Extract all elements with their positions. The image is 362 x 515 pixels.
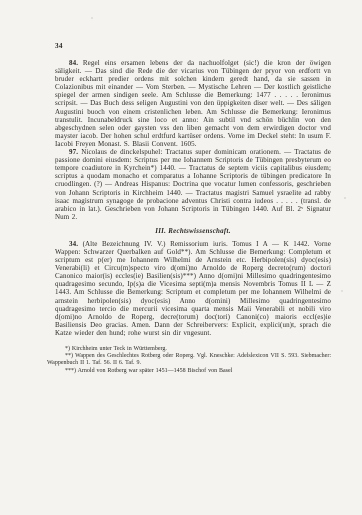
scan-speck	[341, 290, 343, 292]
entry-number: 97.	[69, 148, 78, 156]
entry-number: 84.	[69, 59, 78, 67]
catalog-text-block: 84. Regel eins ersamen lebens der da nac…	[55, 59, 331, 375]
entry-text: Nicolaus de dinckelspuhel: Tractatus sup…	[55, 148, 331, 221]
footnotes-block: *) Kirchheim unter Teck in Württemberg. …	[47, 346, 331, 375]
entry-text: Regel eins ersamen lebens der da nachuol…	[55, 59, 331, 148]
catalog-entry-34: 34. (Alte Bezeichnung IV. V.) Remissoriu…	[55, 240, 331, 337]
page-content: 34 84. Regel eins ersamen lebens der da …	[55, 42, 331, 375]
scan-speck	[344, 197, 346, 199]
catalog-entry-84: 84. Regel eins ersamen lebens der da nac…	[55, 59, 331, 148]
section-heading-rechtswissenschaft: III. Rechtswissenschaft.	[55, 228, 331, 235]
scanned-book-page: 34 84. Regel eins ersamen lebens der da …	[0, 0, 362, 515]
entry-number: 34.	[69, 240, 78, 248]
catalog-entry-97: 97. Nicolaus de dinckelspuhel: Tractatus…	[55, 148, 331, 221]
footnote-2: **) Wappen des Geschlechtes Rotberg oder…	[47, 353, 331, 367]
page-number: 34	[55, 42, 331, 50]
scan-speck	[91, 17, 93, 19]
footnote-3: ***) Arnold von Rotberg war später 1451—…	[47, 368, 331, 375]
entry-text: (Alte Bezeichnung IV. V.) Remissorium iu…	[55, 240, 331, 337]
